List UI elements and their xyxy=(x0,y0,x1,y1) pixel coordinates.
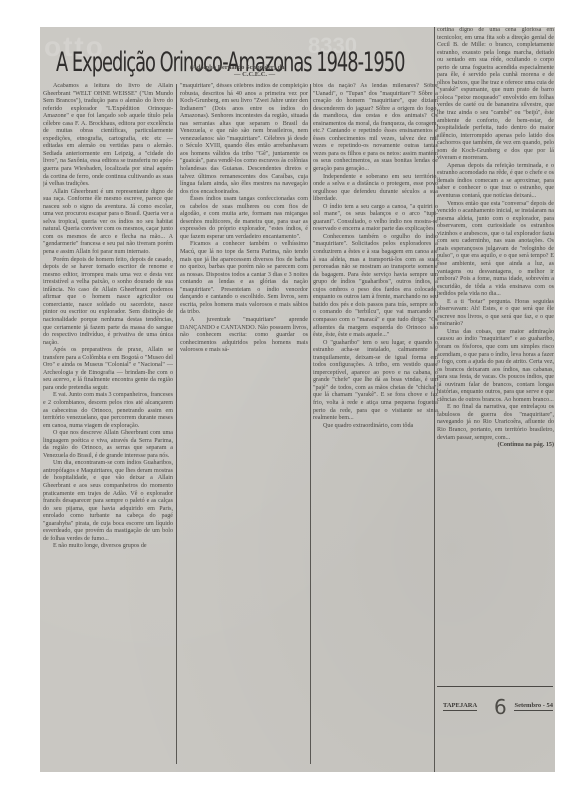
paragraph: A juventude "maquiritare" aprende DANÇAN… xyxy=(180,317,308,355)
paragraph: E no final da narrativa, que entrelaçou … xyxy=(437,404,554,442)
scanned-page: otto 8330 A Expedição Orinoco-Amazonas 1… xyxy=(40,27,555,772)
paragraph: Um dia, encontraram-se com índios Guahar… xyxy=(43,460,173,543)
paragraph: Vemos então que esta "conversa" depois d… xyxy=(437,201,554,299)
article-organization: — C.C.E.C. — xyxy=(234,71,275,78)
article-column-3: bios da nação? As lendas milenares? Sôbr… xyxy=(313,83,438,763)
paragraph: Apenas depois da refeição terminada, e o… xyxy=(437,163,554,201)
paragraph: Independente e soberano em seu territóri… xyxy=(313,174,438,204)
footer-divider xyxy=(437,686,553,687)
paragraph: Que quadro extraordinário, com tôda xyxy=(313,423,438,431)
paragraph: Ficamos a conhecer também o velhíssimo M… xyxy=(180,241,308,316)
paragraph: E a ti "botar" pergunta. Horas seguidas … xyxy=(437,299,554,329)
article-column-2: "maquiritare", dêsses célebres índios de… xyxy=(180,83,308,763)
page-footer: TAPEJARA 6 Setembro - 54 xyxy=(440,695,555,721)
paragraph: O que nos descreve Allain Gheerbrant com… xyxy=(43,430,173,460)
paragraph: Êsses índios usam tangas confeccionadas … xyxy=(180,196,308,241)
paragraph: Acabamos a leitura do livro de Allain Gh… xyxy=(43,83,173,189)
paragraph: bios da nação? As lendas milenares? Sôbr… xyxy=(313,83,438,174)
paragraph: O índio tem a seu cargo a canoa, "a quir… xyxy=(313,204,438,234)
paragraph: E vai. Junto com mais 3 companheiros, fr… xyxy=(43,392,173,430)
column-divider xyxy=(176,84,177,764)
paragraph: Allain Gheerbrant é um representante dig… xyxy=(43,189,173,257)
column-divider xyxy=(310,84,311,764)
article-byline: (Adolpho Bernardo Schneider) da xyxy=(190,64,284,71)
paragraph: Após os preparativos de praxe, Allain se… xyxy=(43,347,173,392)
paragraph: Uma das coisas, que maior admiração caus… xyxy=(437,329,554,404)
paragraph: E não muito longe, diversos grupos de xyxy=(43,543,173,551)
paragraph: Porém depois de homem feito, depois de c… xyxy=(43,257,173,348)
magazine-name: TAPEJARA xyxy=(443,702,477,711)
paragraph: O "guaharibo" tem o seu lugar, e quando … xyxy=(313,340,438,423)
paragraph: "maquiritare", dêsses célebres índios de… xyxy=(180,83,308,196)
issue-date: Setembro - 54 xyxy=(514,702,553,711)
continuation-note: (Continua na pág. 15) xyxy=(437,442,554,450)
paragraph: cortina digno de uma cena gloriosa em te… xyxy=(437,27,554,163)
article-column-4: cortina digno de uma cena gloriosa em te… xyxy=(437,27,554,672)
page-number: 6 xyxy=(494,695,507,719)
article-column-1: Acabamos a leitura do livro de Allain Gh… xyxy=(43,83,173,763)
paragraph: Conhecemos também o orgulho do índio "ma… xyxy=(313,234,438,340)
